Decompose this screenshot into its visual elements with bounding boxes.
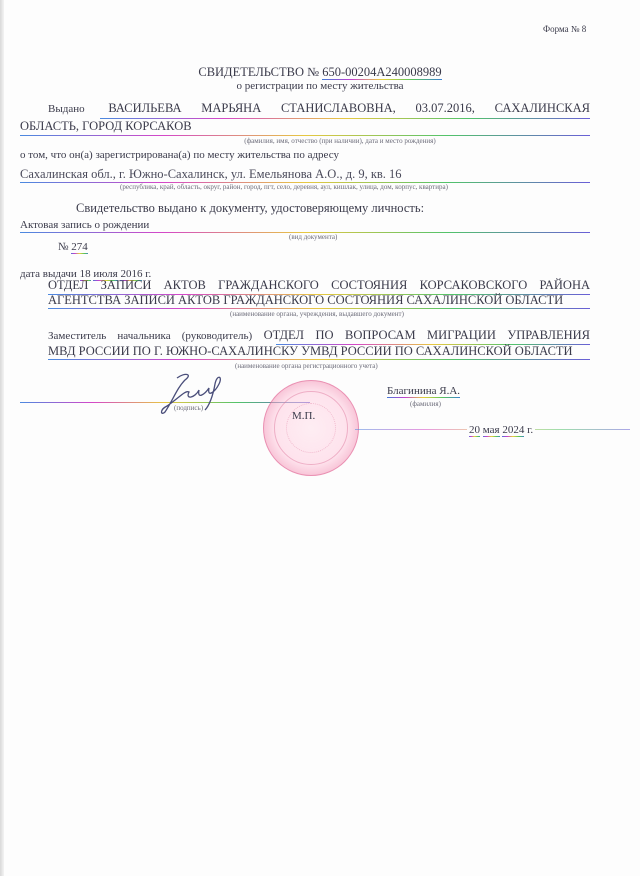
authority-line1-text: ОТДЕЛ ПО ВОПРОСАМ МИГРАЦИИ УПРАВЛЕНИЯ — [264, 328, 590, 342]
issued-to-line1: Выдано ВАСИЛЬЕВА МАРЬЯНА СТАНИСЛАВОВНА, … — [48, 101, 590, 116]
official-seal — [263, 380, 359, 476]
number-value: 274 — [71, 241, 88, 254]
certificate-subtitle: о регистрации по месту жительства — [0, 80, 640, 92]
issuer-line2: АГЕНТСТВА ЗАПИСИ АКТОВ ГРАЖДАНСКОГО СОСТ… — [48, 293, 563, 308]
signatory-name-text: Благинина Я.А. — [387, 385, 460, 398]
registration-address: Сахалинская обл., г. Южно-Сахалинск, ул.… — [20, 167, 402, 182]
certificate-title: СВИДЕТЕЛЬСТВО № 650-00204А240008989 — [0, 65, 640, 80]
signature-caption: (подпись) — [174, 404, 203, 412]
underline — [20, 135, 590, 136]
number-label: № — [58, 241, 69, 253]
issued-to-line2: ОБЛАСТЬ, ГОРОД КОРСАКОВ — [20, 119, 192, 134]
registration-statement: о том, что он(а) зарегистрирована(а) по … — [20, 149, 339, 161]
authority-position: Заместитель начальника (руководитель) — [48, 330, 252, 342]
underline — [48, 308, 590, 309]
form-number: Форма № 8 — [543, 24, 586, 34]
authority-line2: МВД РОССИИ ПО Г. ЮЖНО-САХАЛИНСКУ УМВД РО… — [48, 344, 573, 359]
registration-caption: (республика, край, область, округ, район… — [120, 183, 448, 191]
underline — [48, 359, 590, 360]
date-year: 2024 — [502, 424, 524, 437]
seal-label: М.П. — [292, 410, 315, 422]
signatory-name: Благинина Я.А. — [387, 385, 460, 397]
certificate-number: 650-00204А240008989 — [322, 65, 441, 80]
issuer-caption: (наименование органа, учреждения, выдавш… — [230, 310, 404, 318]
issued-to-label: Выдано — [48, 103, 85, 115]
date-month: мая — [483, 424, 500, 437]
signature-date: 20 мая 2024 г. — [467, 424, 535, 436]
identity-type: Актовая запись о рождении — [20, 219, 149, 231]
date-suffix: г. — [527, 424, 533, 436]
certificate-title-prefix: СВИДЕТЕЛЬСТВО № — [198, 65, 319, 79]
identity-statement: Свидетельство выдано к документу, удосто… — [76, 201, 424, 216]
issuer-line1: ОТДЕЛ ЗАПИСИ АКТОВ ГРАЖДАНСКОГО СОСТОЯНИ… — [48, 278, 590, 293]
date-day: 20 — [469, 424, 480, 437]
authority-line1: Заместитель начальника (руководитель) ОТ… — [48, 328, 590, 343]
document-page: Форма № 8 СВИДЕТЕЛЬСТВО № 650-00204А2400… — [0, 0, 640, 876]
issued-to-name: ВАСИЛЬЕВА МАРЬЯНА СТАНИСЛАВОВНА, 03.07.2… — [108, 101, 590, 115]
scan-edge — [0, 0, 4, 876]
issued-to-caption: (фамилия, имя, отчество (при наличии), д… — [0, 137, 640, 145]
identity-number: № 274 — [58, 241, 88, 253]
issuer-line1-text: ОТДЕЛ ЗАПИСИ АКТОВ ГРАЖДАНСКОГО СОСТОЯНИ… — [48, 278, 590, 292]
authority-caption: (наименование органа регистрационного уч… — [235, 362, 378, 370]
identity-type-caption: (вид документа) — [289, 233, 337, 241]
signatory-name-caption: (фамилия) — [410, 400, 441, 408]
